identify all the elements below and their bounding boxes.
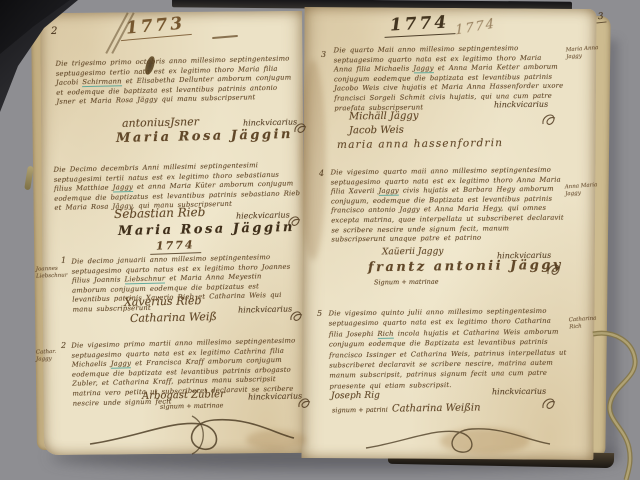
underlined-surname: Schirmann — [82, 77, 122, 87]
entry-number: 4 — [319, 169, 324, 178]
year-header-1774: 1774 — [383, 12, 455, 38]
entry-body: Die trigesimo primo octobris anno milles… — [55, 54, 299, 107]
signature-flourish — [292, 121, 308, 135]
signature: Xaverius Rieb — [124, 294, 202, 309]
margin-note: Cathar. Jaggy — [36, 348, 70, 363]
signature-flourish — [540, 112, 558, 127]
underlined-surname: Jaggy — [111, 359, 132, 368]
official-signature: hinckvicarius — [494, 100, 548, 110]
signature-flourish — [296, 396, 312, 410]
signature: antoniusJsner — [122, 115, 199, 130]
signature: Michäll Jäggy — [349, 111, 419, 123]
signature: Arbogast Zubler — [142, 389, 225, 402]
margin-note: Joannes Liebschnur — [36, 265, 70, 280]
underlined-surname: Liebschnur — [125, 275, 166, 285]
signum-note: signum + patrini — [332, 406, 388, 415]
entry-number: 3 — [321, 50, 326, 59]
gutter-stain — [300, 60, 326, 260]
page-number-right: 3 — [595, 12, 606, 24]
signature: Catharina Weißin — [392, 402, 481, 414]
entry-body: Die vigesimo quinto julii anno millesimo… — [329, 306, 570, 392]
signature: Xaüerii Jaggy — [382, 247, 444, 258]
underlined-surname: Jaggy — [113, 183, 134, 192]
scanned-register-photo: 2 1773 Die trigesimo primo octobris anno… — [0, 0, 640, 480]
underlined-surname: Jaggy — [379, 187, 399, 196]
page-number-left: 2 — [49, 26, 59, 37]
bottom-flourish — [364, 418, 554, 460]
signature: Jacob Weis — [349, 125, 404, 137]
official-signature: hinckvicarius — [248, 391, 302, 401]
margin-note: Anna Maria Jaggy — [565, 182, 606, 199]
signature-flourish — [545, 262, 563, 277]
official-signature: hinckvicarius — [497, 251, 551, 261]
binding-cord — [585, 320, 640, 480]
margin-note: Maria Anna Jaggy — [566, 45, 605, 62]
signature-flourish — [288, 309, 304, 323]
signature: Catharina Weiß — [130, 310, 217, 325]
signature: Joseph Rig — [331, 391, 380, 402]
bottom-flourish — [88, 408, 298, 458]
underlined-surname: Rich — [377, 329, 393, 338]
entry-number: 5 — [317, 309, 322, 318]
official-signature: hieckvicarius — [236, 210, 290, 220]
underlined-surname: Jaggy — [413, 64, 433, 73]
signum-note: Signum + matrinae — [374, 278, 439, 287]
signature: frantz antonii Jäggy — [368, 258, 563, 275]
entry-number: 1 — [61, 256, 66, 265]
official-signature: hinckvicarius — [238, 304, 292, 314]
official-signature: hinckvicarius — [492, 387, 546, 397]
signature: Sebastian Rieb — [114, 205, 206, 221]
signature-flourish — [540, 396, 558, 411]
entry-body: Die vigesimo quarto maii anno millesimo … — [331, 166, 568, 246]
year-header-1774-left: 1774 — [150, 238, 201, 255]
signature: maria anna hassenfordrin — [337, 137, 503, 151]
